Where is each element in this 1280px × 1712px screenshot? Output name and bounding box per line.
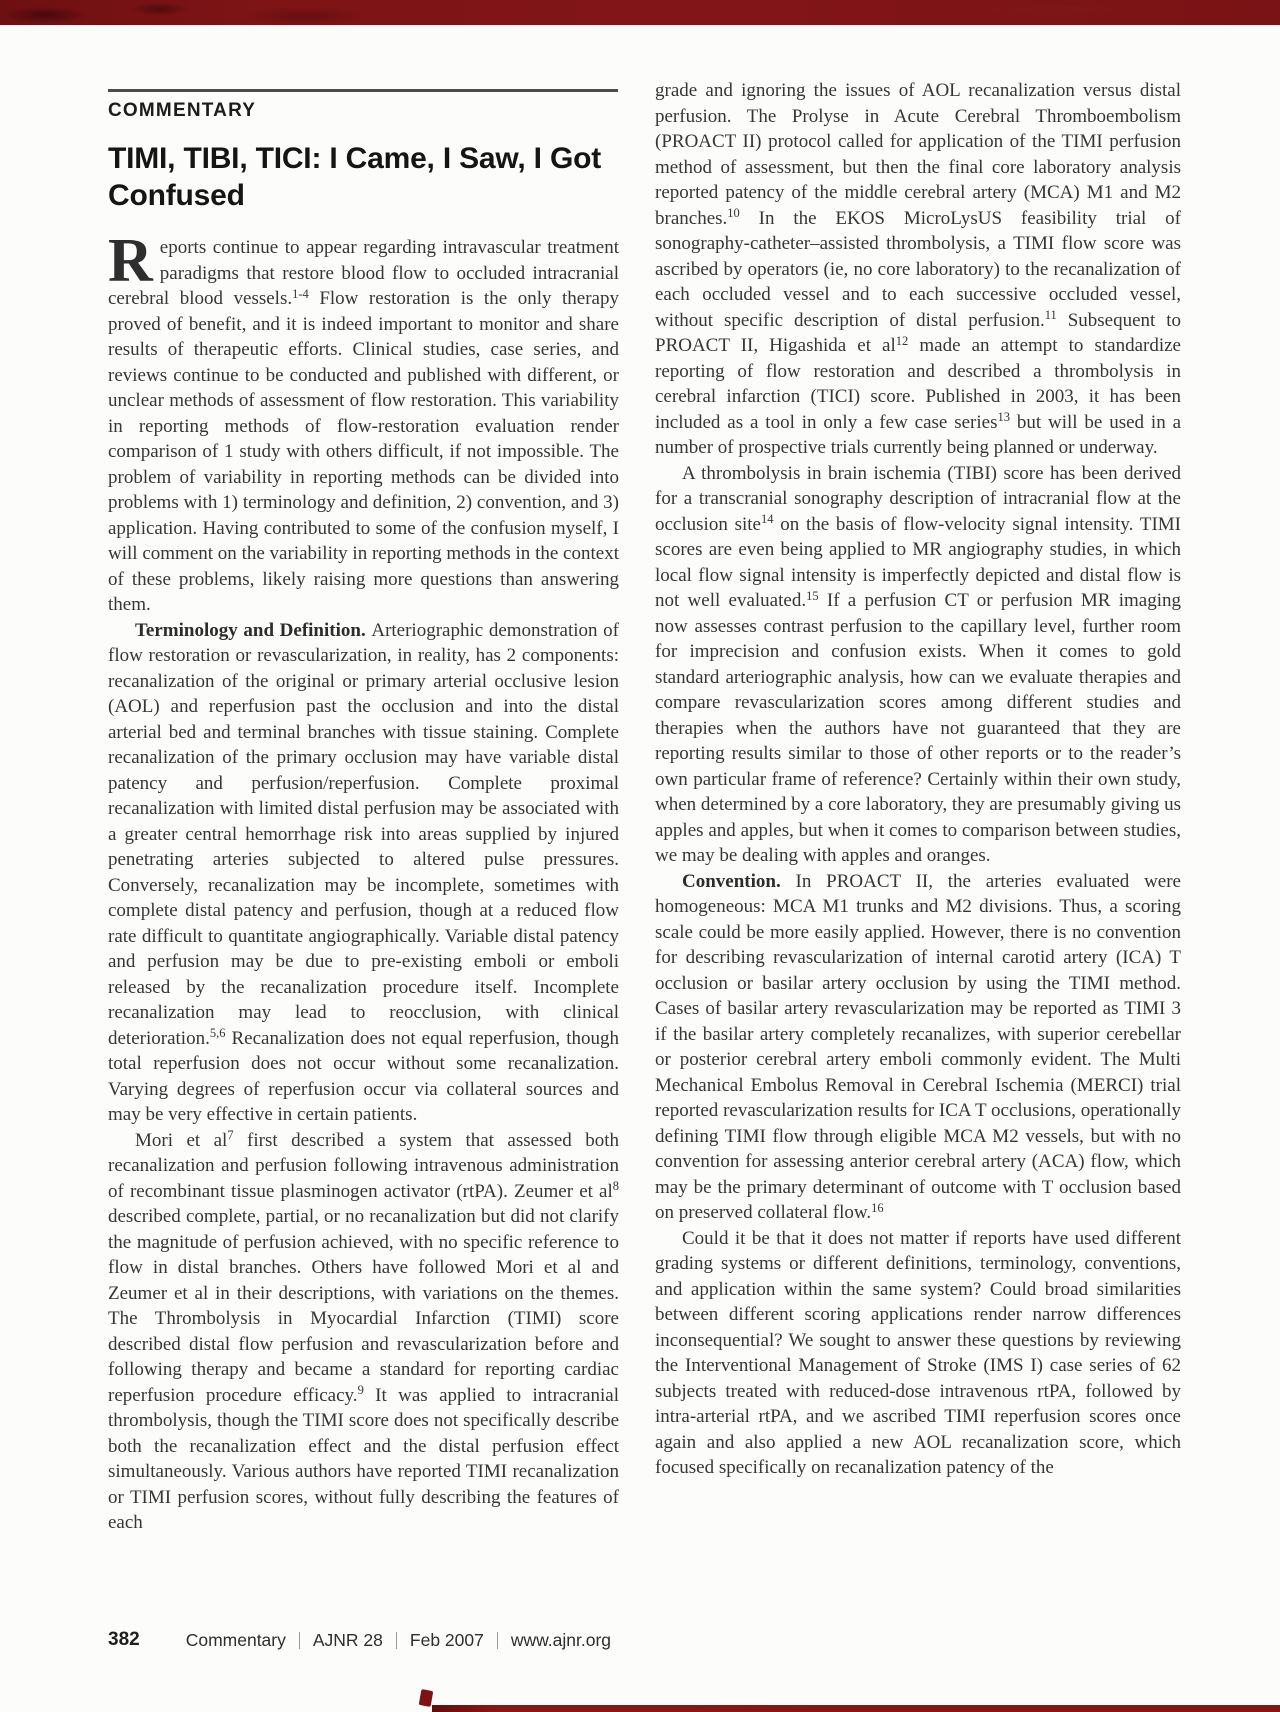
scan-edge-bottom-red-bar (432, 1705, 1280, 1712)
paragraph: Terminology and Definition. Arteriograph… (108, 618, 619, 1128)
footer-item-section: Commentary (186, 1630, 286, 1651)
page-number: 382 (108, 1629, 140, 1651)
scan-edge-top-red-bar (0, 0, 1280, 25)
left-column: Reports continue to appear regarding int… (108, 235, 619, 1536)
article-title: TIMI, TIBI, TICI: I Came, I Saw, I Got C… (108, 140, 628, 214)
page-footer: 382 Commentary AJNR 28 Feb 2007 www.ajnr… (108, 1629, 611, 1651)
section-kicker: COMMENTARY (108, 100, 256, 122)
paragraph: grade and ignoring the issues of AOL rec… (655, 78, 1181, 461)
right-column: grade and ignoring the issues of AOL rec… (655, 78, 1181, 1481)
paragraph: Mori et al7 first described a system tha… (108, 1128, 619, 1536)
footer-item-date: Feb 2007 (410, 1630, 484, 1651)
paragraph: Convention. In PROACT II, the arteries e… (655, 869, 1181, 1226)
paragraph: Could it be that it does not matter if r… (655, 1226, 1181, 1481)
paragraph: A thrombolysis in brain ischemia (TIBI) … (655, 461, 1181, 869)
footer-separator (497, 1632, 498, 1649)
paragraph: Reports continue to appear regarding int… (108, 235, 619, 618)
footer-item-volume: AJNR 28 (313, 1630, 383, 1651)
footer-item-website: www.ajnr.org (511, 1630, 611, 1651)
section-rule (108, 89, 618, 92)
journal-page: COMMENTARY TIMI, TIBI, TICI: I Came, I S… (0, 0, 1280, 1712)
drop-cap: R (108, 236, 153, 286)
article-title-line-2: Confused (108, 177, 628, 214)
footer-separator (396, 1632, 397, 1649)
footer-separator (299, 1632, 300, 1649)
article-title-line-1: TIMI, TIBI, TICI: I Came, I Saw, I Got (108, 140, 628, 177)
